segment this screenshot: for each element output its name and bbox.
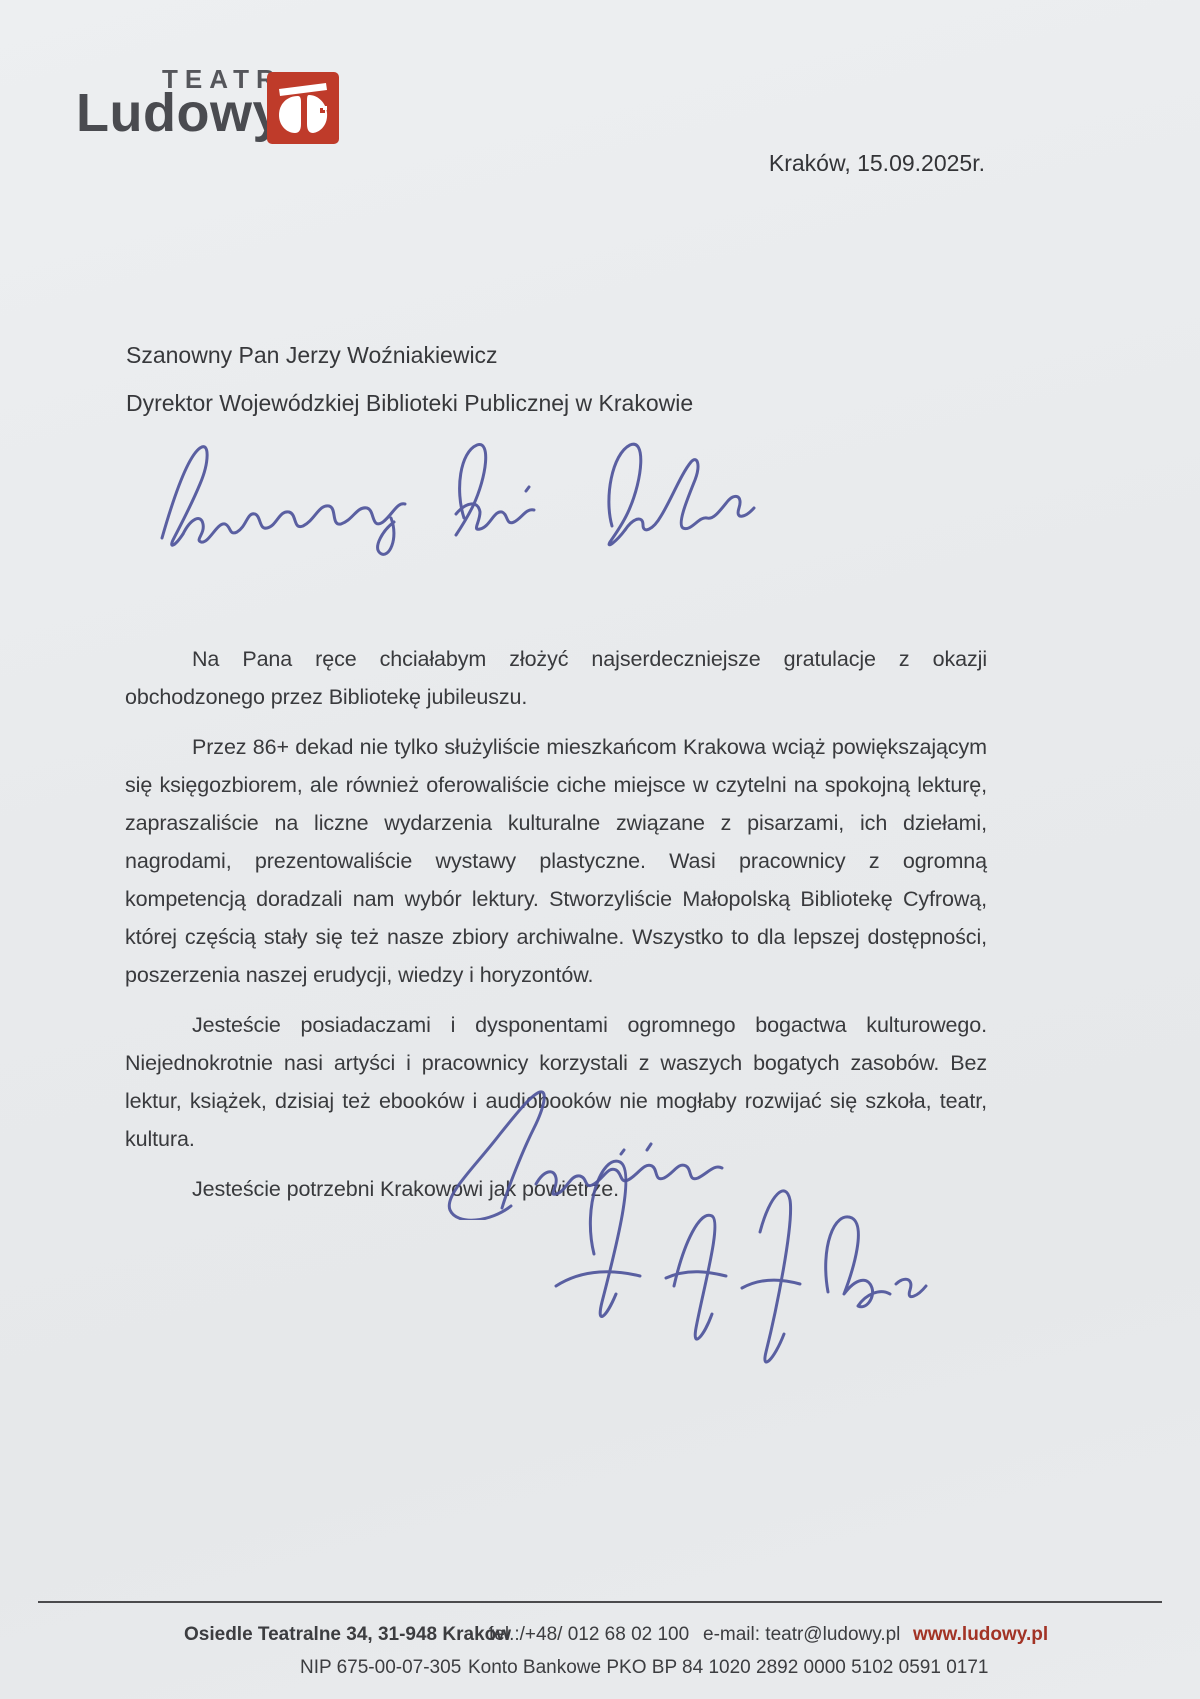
- theater-mask-icon: [267, 72, 339, 144]
- logo-word-ludowy: Ludowy: [76, 82, 283, 144]
- body-paragraph: Przez 86+ dekad nie tylko służyliście mi…: [125, 728, 987, 994]
- greeting-ink-strokes: [142, 418, 774, 556]
- footer-nip: NIP 675-00-07-305: [300, 1657, 461, 1679]
- footer-phone: tel.:/+48/ 012 68 02 100: [489, 1624, 689, 1646]
- footer-address: Osiedle Teatralne 34, 31-948 Kraków: [184, 1624, 511, 1646]
- date-line: Kraków, 15.09.2025r.: [769, 150, 985, 177]
- footer-website: www.ludowy.pl: [913, 1624, 1048, 1646]
- letter-page: TEATR Ludowy Kraków, 15.09.2025r. Szanow…: [0, 0, 1200, 1699]
- footer-divider: [38, 1601, 1162, 1603]
- footer-bank-account: Konto Bankowe PKO BP 84 1020 2892 0000 5…: [468, 1657, 988, 1679]
- recipient-title: Dyrektor Wojewódzkiej Biblioteki Publicz…: [126, 390, 693, 417]
- signature-ink-strokes: [498, 1136, 930, 1388]
- handwritten-greeting: Szanowny Panie Dyrektorze: [142, 418, 774, 556]
- handwritten-signature: [498, 1136, 930, 1388]
- logo-mark: [267, 72, 339, 144]
- body-paragraph: Na Pana ręce chciałabym złożyć najserdec…: [125, 640, 987, 716]
- footer-email: e-mail: teatr@ludowy.pl: [703, 1624, 900, 1646]
- recipient-name: Szanowny Pan Jerzy Woźniakiewicz: [126, 342, 498, 369]
